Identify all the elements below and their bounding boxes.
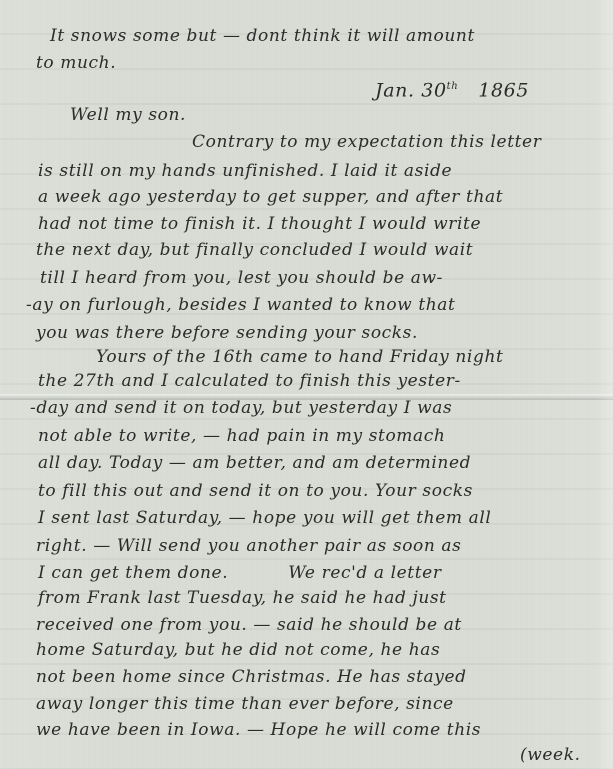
body-line: to fill this out and send it on to you. … <box>38 481 473 501</box>
body-line: right. — Will send you another pair as s… <box>36 536 461 556</box>
body-line: all day. Today — am better, and am deter… <box>38 453 471 473</box>
body-line: had not time to finish it. I thought I w… <box>38 214 481 234</box>
body-line: home Saturday, but he did not come, he h… <box>36 640 440 660</box>
body-line: you was there before sending your socks. <box>36 323 418 343</box>
postscript-line-1: It snows some but — dont think it will a… <box>50 26 475 46</box>
date-year: 1865 <box>478 79 529 101</box>
body-line: is still on my hands unfinished. I laid … <box>38 161 452 181</box>
body-line: a week ago yesterday to get supper, and … <box>38 187 503 207</box>
body-line: the next day, but finally concluded I wo… <box>36 240 473 260</box>
paper-edge <box>595 0 613 769</box>
letter-page: It snows some but — dont think it will a… <box>0 0 613 769</box>
body-line: till I heard from you, lest you should b… <box>40 268 443 288</box>
date-day-suffix: th <box>447 81 459 92</box>
body-line: the 27th and I calculated to finish this… <box>38 371 461 391</box>
postscript-line-2: to much. <box>36 53 116 73</box>
body-line: we have been in Iowa. — Hope he will com… <box>36 720 481 740</box>
body-line: -ay on furlough, besides I wanted to kno… <box>26 295 455 315</box>
body-line: -day and send it on today, but yesterday… <box>30 398 452 418</box>
letter-date: Jan. 30th 1865 <box>375 77 529 100</box>
body-line: not able to write, — had pain in my stom… <box>38 426 445 446</box>
body-line: (week. <box>520 745 581 765</box>
body-line: Yours of the 16th came to hand Friday ni… <box>96 347 503 367</box>
body-line: Contrary to my expectation this letter <box>192 132 541 152</box>
body-line: I can get them done. We rec'd a letter <box>38 563 442 583</box>
body-line: away longer this time than ever before, … <box>36 694 454 714</box>
salutation: Well my son. <box>70 105 186 125</box>
body-line: from Frank last Tuesday, he said he had … <box>38 588 447 608</box>
body-line: I sent last Saturday, — hope you will ge… <box>38 508 491 528</box>
body-line: not been home since Christmas. He has st… <box>36 667 467 687</box>
date-month: Jan. <box>375 79 415 101</box>
date-day: 30 <box>421 79 446 101</box>
body-line: received one from you. — said he should … <box>36 615 462 635</box>
